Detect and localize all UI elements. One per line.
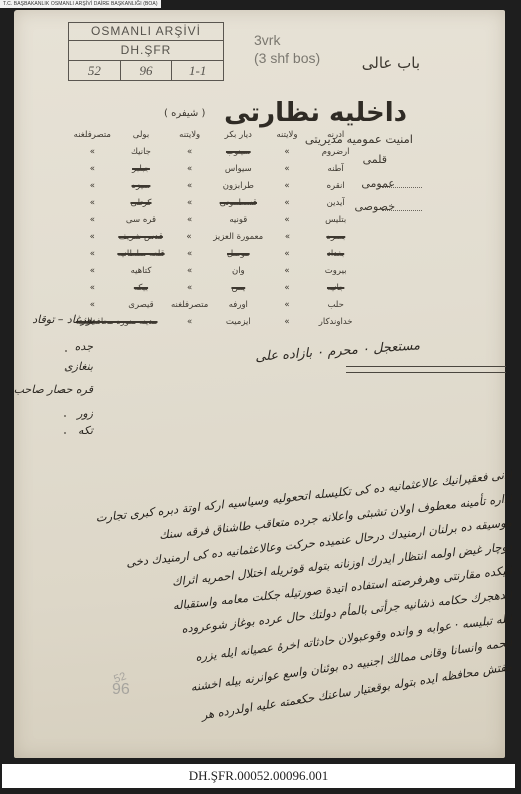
table-cell: » [263, 317, 312, 327]
table-cell-struck: بصره [312, 232, 360, 242]
table-row: حلب » اورفه متصرفلغنه قیصری » [68, 296, 360, 313]
handwritten-item: قره حصار صاحب [14, 383, 93, 396]
table-cell: » [68, 164, 117, 174]
table-cell: » [165, 198, 214, 208]
table-cell: » [165, 266, 214, 276]
pencil-note-top-sub: (3 shf bos) [254, 50, 320, 66]
table-cell: بیروت [311, 266, 360, 276]
letterhead-line-husus: خصوصی [354, 200, 395, 213]
table-cell: بتلیس [311, 215, 360, 225]
table-row: بتلیس » قونیه » قره سی » [68, 211, 360, 228]
table-cell: جانیك [117, 147, 166, 157]
dotted-line [382, 210, 422, 211]
table-cell: » [68, 147, 117, 157]
table-cell: » [68, 300, 117, 310]
table-header: ادرنه ولایتنه دیار بکر ولایتنه بولی متصر… [68, 126, 360, 143]
table-cell-struck: قسطمونی [214, 198, 263, 208]
handwritten-item: بنغازی [64, 360, 93, 373]
stamp-box-number: 52 [69, 61, 120, 80]
list-dot [64, 432, 66, 434]
table-cell-struck: سیزه [117, 181, 166, 191]
document-body: ادنی فعقیرانیك عالاعثمانیه ده كی تكلیسله… [42, 462, 512, 678]
table-row: جانیه » یمن » بیکه » [68, 279, 360, 296]
cipher-recipient-table: ادرنه ولایتنه دیار بکر ولایتنه بولی متصر… [68, 126, 360, 330]
table-row: ارضروم » سینوب » جانیك » [68, 143, 360, 160]
header-cell: ولایتنه [263, 130, 312, 140]
header-cell: متصرفلغنه [68, 130, 117, 140]
handwritten-item: یوزغاد – توقاد [32, 313, 95, 326]
table-cell: » [68, 198, 117, 208]
table-cell: قره سی [117, 215, 166, 225]
table-cell-struck: موصل [214, 249, 263, 259]
table-cell: » [263, 232, 311, 242]
table-cell: کتاهیه [117, 266, 166, 276]
table-cell: خداوندکار [311, 317, 360, 327]
table-cell: طرابزون [214, 181, 263, 191]
table-cell: » [165, 164, 214, 174]
letterhead-line-kalemi: قلمی [363, 153, 387, 166]
table-cell: » [68, 249, 117, 259]
list-dot [64, 415, 66, 417]
table-row: انقره » طرابزون » سیزه » [68, 177, 360, 194]
table-cell: آیدین [311, 198, 360, 208]
handwritten-item: زور [77, 407, 93, 420]
archive-banner: T.C. BAŞBAKANLIK OSMANLI ARŞİVİ DAİRE BA… [0, 0, 161, 8]
table-cell: » [165, 232, 213, 242]
table-cell-struck: قدس شریف [116, 232, 164, 242]
table-cell: انقره [311, 181, 360, 191]
table-cell: » [165, 215, 214, 225]
table-cell: » [68, 181, 117, 191]
table-row: خداوندکار » ایزمیت » مدینه منوره محافظلغ… [68, 313, 360, 330]
table-cell: » [263, 283, 312, 293]
table-cell: » [263, 147, 312, 157]
address-line: مستعجل ۰ محرم ۰ بازاده علی [255, 338, 421, 364]
table-cell-struck: سینوب [214, 147, 263, 157]
table-cell: حلب [311, 300, 360, 310]
pencil-note-top: 3vrk [254, 32, 280, 48]
table-cell: معمورة العزیز [213, 232, 263, 242]
table-cell-struck: جبلبر [117, 164, 166, 174]
header-cell: دیار بکر [214, 130, 263, 140]
table-row: بغداد » موصل » قلعه سلطانیه » [68, 245, 360, 262]
header-cell: ادرنه [311, 130, 360, 140]
stamp-page-number: 1-1 [171, 61, 223, 80]
table-cell-struck: قلعه سلطانیه [117, 249, 166, 259]
handwritten-item: جده [75, 340, 93, 353]
table-cell: » [263, 249, 312, 259]
table-cell-struck: بیکه [117, 283, 166, 293]
table-cell-struck: یمن [214, 283, 263, 293]
table-cell: » [68, 215, 117, 225]
stamp-fond: DH.ŞFR [69, 41, 223, 61]
document-reference-caption: DH.ŞFR.00052.00096.001 [2, 764, 515, 788]
table-cell: » [263, 198, 312, 208]
list-dot [65, 350, 67, 352]
table-cell: » [263, 164, 312, 174]
table-cell: » [165, 181, 214, 191]
double-underline [346, 372, 506, 373]
table-cell: وان [214, 266, 263, 276]
header-cell: ولایتنه [165, 130, 214, 140]
table-cell: » [263, 266, 312, 276]
stamp-file-number: 96 [120, 61, 172, 80]
table-cell: » [165, 249, 214, 259]
table-cell: » [68, 283, 117, 293]
table-row: آیدین » قسطمونی » کرتلی » [68, 194, 360, 211]
table-cell: » [165, 317, 214, 327]
table-cell: قیصری [117, 300, 166, 310]
letterhead-line-umumi: عمومی [361, 177, 395, 190]
table-cell-struck: جانیه [311, 283, 360, 293]
table-cell: » [68, 232, 116, 242]
table-cell: » [263, 215, 312, 225]
table-cell: ارضروم [311, 147, 360, 157]
list-dot [62, 390, 64, 392]
cipher-list-title: ( شیفره ) [164, 108, 205, 119]
pencil-note-bottom: 96 [112, 682, 130, 698]
table-row: بصره » معمورة العزیز » قدس شریف » [68, 228, 360, 245]
table-cell: اورفه [214, 300, 263, 310]
table-cell: سیواس [214, 164, 263, 174]
letterhead-title: داخلیه نظارتی [224, 98, 407, 128]
handwritten-item: تکه [78, 424, 93, 437]
table-cell-struck: بغداد [311, 249, 360, 259]
letterhead-top: باب عالی [362, 54, 420, 72]
header-cell: بولی [117, 130, 166, 140]
table-cell: » [263, 181, 312, 191]
table-cell: آطنه [311, 164, 360, 174]
table-cell: ایزمیت [214, 317, 263, 327]
archive-stamp: OSMANLI ARŞİVİ DH.ŞFR 52 96 1-1 [68, 22, 224, 81]
table-cell: قونیه [214, 215, 263, 225]
document-page: OSMANLI ARŞİVİ DH.ŞFR 52 96 1-1 3vrk (3 … [14, 10, 505, 758]
table-cell: » [68, 266, 117, 276]
table-cell: » [165, 283, 214, 293]
double-underline [346, 366, 506, 367]
table-cell: » [165, 147, 214, 157]
stamp-archive-name: OSMANLI ARŞİVİ [69, 23, 223, 41]
table-row: آطنه » سیواس » جبلبر » [68, 160, 360, 177]
table-cell: » [263, 300, 312, 310]
table-cell-struck: کرتلی [117, 198, 166, 208]
list-dot [65, 369, 67, 371]
table-cell: متصرفلغنه [165, 300, 214, 310]
table-row: بیروت » وان » کتاهیه » [68, 262, 360, 279]
dotted-line [382, 187, 422, 188]
